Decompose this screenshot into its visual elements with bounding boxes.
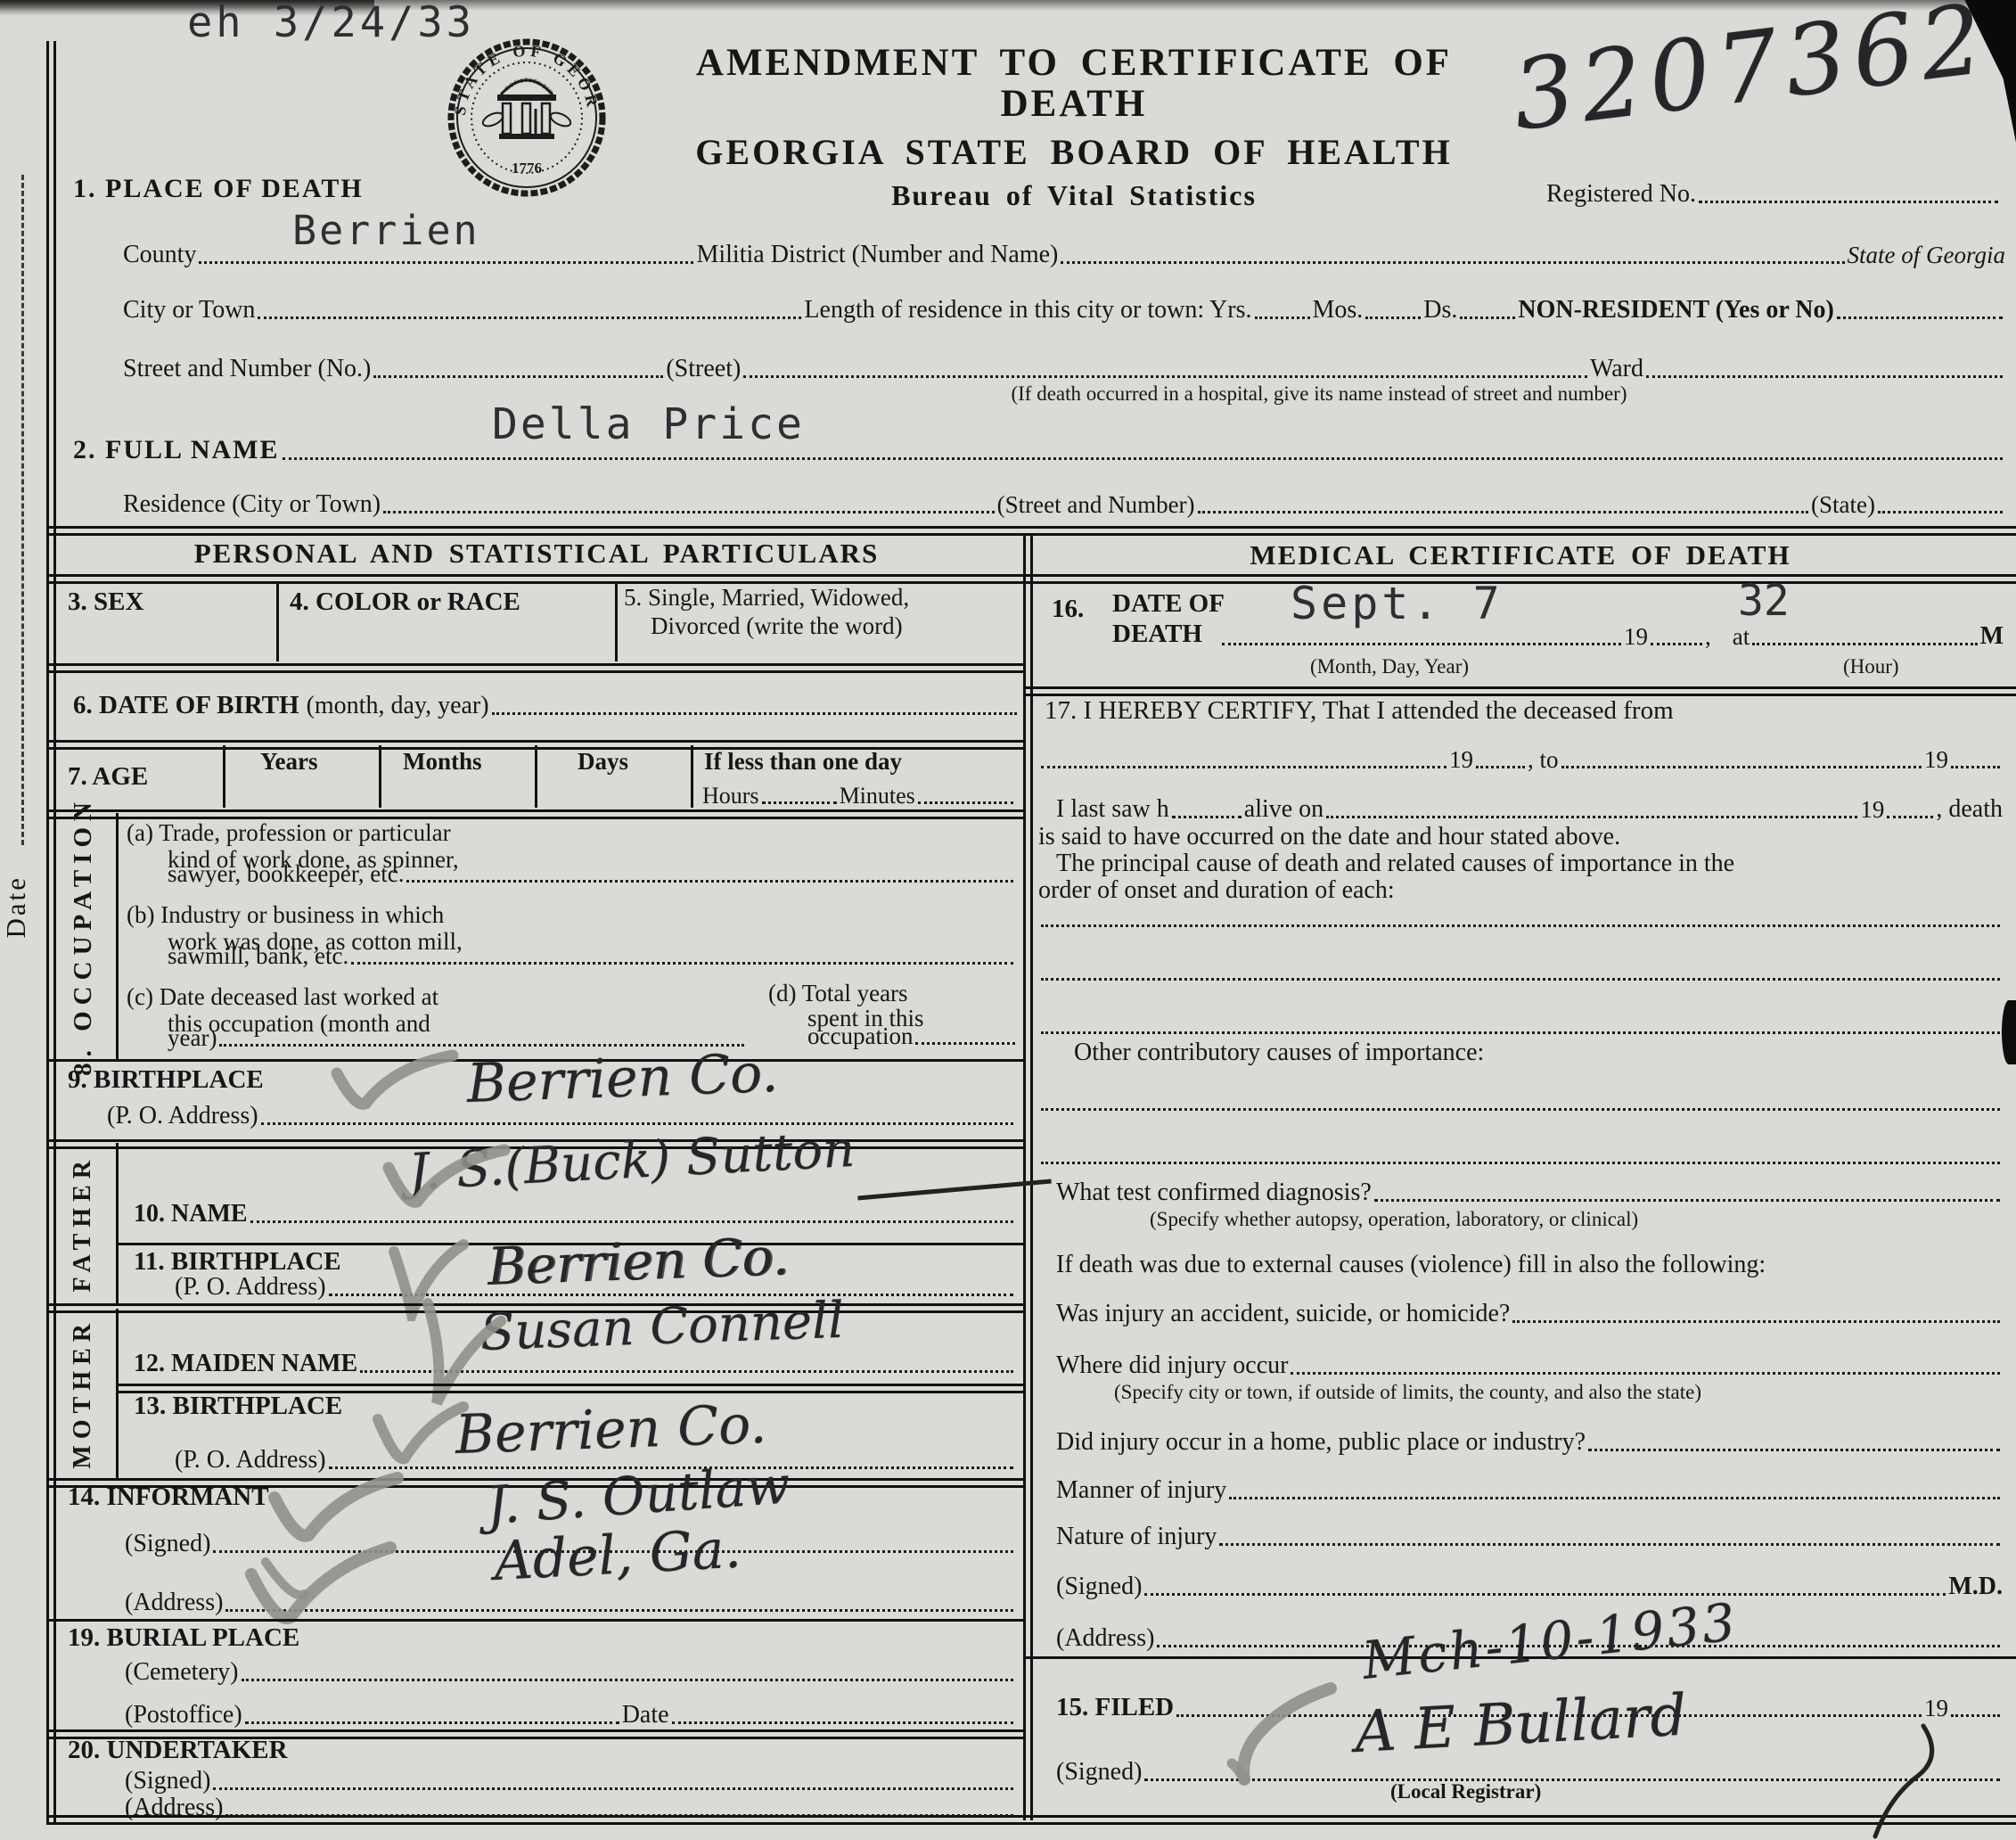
filed-label: 15. FILED — [1056, 1695, 1174, 1721]
date-of-death-row: 19 , at M — [1219, 619, 2004, 649]
rule-under-age — [46, 809, 1025, 819]
ds-label: Ds. — [1423, 298, 1457, 323]
hours-minutes-row: Hours Minutes — [702, 781, 1016, 808]
dotted-line — [283, 454, 2003, 460]
principal-cause-line-2: order of onset and duration of each: — [1038, 877, 1395, 904]
po-address-label: (P. O. Address) — [107, 1104, 258, 1129]
document-header: AMENDMENT TO CERTIFICATE OF DEATH GEORGI… — [624, 43, 1524, 211]
occ-d-line1: (d) Total years — [768, 981, 908, 1006]
less-than-day-label: If less than one day — [704, 749, 902, 775]
column-divider — [1023, 533, 1033, 1820]
dotted-line — [1041, 1028, 2000, 1034]
nonresident-label: NON-RESIDENT (Yes or No) — [1518, 298, 1833, 323]
georgia-state-seal-icon: STATE OF GEORGIA CONSTITUTION 1776 — [447, 37, 607, 198]
accident-label: Was injury an accident, suicide, or homi… — [1056, 1302, 1510, 1327]
dotted-line — [1326, 812, 1857, 818]
manner-injury-row: Manner of injury — [1056, 1473, 2003, 1503]
occ-a-line3-row: sawyer, bookkeeper, etc. — [168, 858, 1016, 886]
date-of-label: DATE OF — [1112, 590, 1225, 618]
street-and-number-label: (Street and Number) — [997, 493, 1195, 517]
test-note: (Specify whether autopsy, operation, lab… — [1150, 1209, 1952, 1231]
address-label: (Address) — [125, 1590, 223, 1615]
date-of-death-num: 16. — [1052, 596, 1084, 623]
mother-strip-label: MOTHER — [69, 1318, 97, 1469]
occurred-line: is said to have occurred on the date and… — [1038, 824, 1620, 850]
dotted-line — [1172, 812, 1242, 818]
dotted-line — [762, 798, 837, 804]
home-injury-label: Did injury occur in a home, public place… — [1056, 1430, 1586, 1455]
dotted-line — [383, 507, 994, 513]
occ-a-line3: sawyer, bookkeeper, etc. — [168, 862, 404, 886]
father-name-row: 10. NAME — [134, 1196, 1016, 1227]
father-strip: FATHER — [50, 1143, 116, 1303]
age-years-header: Years — [260, 749, 317, 775]
mos-label: Mos. — [1313, 298, 1364, 323]
scan-artifact-right — [2002, 1000, 2016, 1064]
dotted-line — [1365, 313, 1421, 319]
hospital-note: (If death occurred in a hospital, give i… — [740, 383, 1898, 406]
occ-b-line3-row: sawmill, bank, etc. — [168, 940, 1016, 968]
street-row: Street and Number (No.) (Street) Ward — [123, 351, 2005, 382]
mother-strip: MOTHER — [50, 1309, 116, 1478]
color-race-label: 4. COLOR or RACE — [290, 588, 520, 616]
informant-label: 14. INFORMANT — [68, 1483, 269, 1511]
cell-divider — [535, 745, 537, 808]
clerk-date-annotation: eh 3/24/33 — [187, 2, 475, 44]
where-injury-label: Where did injury occur — [1056, 1353, 1288, 1378]
dotted-line — [1291, 1368, 2000, 1375]
rule-under-right-header — [1025, 574, 2016, 584]
occ-d-line3: occupation — [807, 1024, 913, 1048]
residence-label: Residence (City or Town) — [123, 492, 381, 517]
county-label: County — [123, 242, 196, 267]
dotted-line — [1041, 762, 1446, 768]
dotted-line — [1646, 372, 2003, 378]
left-edge-date-strip: Date — [0, 849, 43, 965]
dotted-line — [1476, 762, 1525, 768]
occ-b-line3: sawmill, bank, etc. — [168, 944, 348, 968]
dotted-line — [351, 958, 1013, 965]
residence-row: Residence (City or Town) (Street and Num… — [123, 487, 2005, 517]
dotted-line — [1144, 1589, 1946, 1596]
occ-c-line3: year) — [168, 1026, 217, 1050]
state-label: (State) — [1811, 493, 1875, 517]
page-title: AMENDMENT TO CERTIFICATE OF DEATH — [624, 43, 1524, 126]
dotted-line — [1061, 258, 1844, 264]
place-of-death-label: 1. PLACE OF DEATH — [73, 175, 364, 203]
dotted-line — [1561, 762, 1922, 768]
mother-maiden-label: 12. MAIDEN NAME — [134, 1351, 357, 1376]
father-name-label: 10. NAME — [134, 1202, 248, 1227]
dotted-line — [1878, 507, 2003, 513]
dotted-line — [213, 1784, 1013, 1790]
dotted-line — [1041, 974, 2000, 981]
cell-divider — [691, 745, 693, 808]
dotted-line — [1198, 507, 1808, 513]
dotted-line — [245, 1718, 619, 1724]
rule-under-date-of-death — [1025, 686, 2016, 696]
address-label: (Address) — [125, 1795, 223, 1820]
nineteen-label: 19 — [1449, 748, 1473, 772]
registered-number-handwritten: 3207362 — [1508, 0, 1995, 145]
state-of-georgia-label: State of Georgia — [1848, 243, 2005, 267]
dotted-line — [1041, 1158, 2000, 1164]
postoffice-label: (Postoffice) — [125, 1703, 242, 1728]
street-number-label: Street and Number (No.) — [123, 357, 371, 382]
street-paren-label: (Street) — [666, 357, 741, 382]
dotted-line — [225, 1811, 1013, 1817]
last-saw-row: I last saw h alive on 19 , death — [1056, 793, 2003, 822]
rule-under-informant — [46, 1619, 1025, 1622]
burial-place-label: 19. BURIAL PLACE — [68, 1624, 299, 1652]
dotted-line — [250, 1217, 1013, 1223]
undertaker-label: 20. UNDERTAKER — [68, 1737, 288, 1764]
svg-text:STATE OF GEORGIA: STATE OF GEORGIA — [447, 37, 602, 117]
home-injury-row: Did injury occur in a home, public place… — [1056, 1425, 2003, 1455]
postoffice-row: (Postoffice) Date — [125, 1697, 1016, 1728]
manner-injury-label: Manner of injury — [1056, 1478, 1226, 1503]
cell-divider — [276, 583, 279, 661]
md-label: M.D. — [1948, 1574, 2003, 1599]
svg-text:1776: 1776 — [512, 160, 542, 177]
dotted-line — [1219, 1540, 2000, 1546]
father-strip-label: FATHER — [69, 1154, 97, 1293]
last-saw-label-2: alive on — [1244, 797, 1324, 822]
dotted-line — [373, 372, 663, 378]
city-row: City or Town Length of residence in this… — [123, 292, 2005, 323]
address-label: (Address) — [1056, 1626, 1154, 1651]
undertaker-signed-row: (Signed) — [125, 1765, 1016, 1794]
attended-from-row: 19 , to 19 — [1038, 742, 2003, 772]
dob-label: 6. DATE OF BIRTH — [73, 693, 299, 719]
full-name-row: 2. FULL NAME — [73, 431, 2005, 464]
pencil-check-icon — [239, 1535, 399, 1638]
marital-label-1: 5. Single, Married, Widowed, — [624, 585, 909, 611]
personal-particulars-header: PERSONAL AND STATISTICAL PARTICULARS — [48, 538, 1025, 568]
month-day-year-note: (Month, Day, Year) — [1310, 656, 1469, 678]
residence-length-label: Length of residence in this city or town… — [804, 298, 1251, 323]
m-hour-label: M — [1980, 624, 2004, 649]
dotted-line — [915, 1039, 1015, 1045]
other-causes-label: Other contributory causes of importance: — [1074, 1039, 1484, 1066]
md-signed-row: (Signed) M.D. — [1056, 1569, 2003, 1599]
occupation-strip-label: 8. OCCUPATION — [69, 796, 98, 1076]
city-or-town-label: City or Town — [123, 298, 255, 323]
cell-divider — [223, 745, 225, 808]
dotted-line — [1460, 313, 1515, 319]
occ-a-line1: (a) Trade, profession or particular — [127, 820, 451, 846]
dotted-line — [199, 258, 693, 264]
dotted-line — [1255, 313, 1310, 319]
death-certificate-document: eh 3/24/33 STATE OF GEORGIA CONSTITUTION… — [0, 0, 2016, 1840]
dotted-line — [1374, 1195, 2000, 1202]
dotted-line — [1229, 1493, 2000, 1499]
rule-under-sex-row — [46, 663, 1025, 673]
mother-strip-divider — [116, 1309, 119, 1478]
registrar-signature-handwritten: A E Bullard — [1354, 1688, 1688, 1762]
dotted-line — [242, 1675, 1014, 1681]
hours-label: Hours — [702, 784, 759, 808]
death-suffix: , death — [1936, 797, 2003, 822]
minutes-label: Minutes — [840, 784, 915, 808]
occ-b-line1: (b) Industry or business in which — [127, 902, 444, 928]
pencil-check-icon — [1219, 1681, 1340, 1788]
mother-maiden-row: 12. MAIDEN NAME — [134, 1346, 1016, 1376]
nature-injury-row: Nature of injury — [1056, 1519, 2003, 1549]
side-date-label: Date — [0, 875, 32, 939]
cause-blank-line — [1038, 1150, 2003, 1168]
last-saw-label-1: I last saw h — [1056, 797, 1169, 822]
dotted-line — [672, 1718, 1013, 1724]
pencil-check-icon — [378, 1141, 512, 1221]
signed-label: (Signed) — [125, 1769, 210, 1794]
where-injury-row: Where did injury occur — [1056, 1348, 2003, 1378]
dotted-line — [1951, 762, 2000, 768]
at-label: at — [1733, 625, 1750, 649]
dotted-line — [1752, 639, 1977, 645]
occ-d-line3-row: occupation — [807, 1020, 1018, 1048]
burial-date-label: Date — [622, 1703, 669, 1728]
age-label: 7. AGE — [68, 763, 148, 791]
occupation-strip-divider — [116, 813, 119, 1059]
bureau-line: Bureau of Vital Statistics — [624, 180, 1524, 211]
to-label: , to — [1528, 748, 1559, 772]
dotted-line — [1837, 313, 2003, 319]
county-row: County Militia District (Number and Name… — [123, 237, 2005, 267]
nature-injury-label: Nature of injury — [1056, 1524, 1217, 1549]
test-row: What test confirmed diagnosis? — [1056, 1175, 2003, 1205]
birthplace-po-row: (P. O. Address) — [107, 1098, 1016, 1129]
ward-label: Ward — [1590, 357, 1643, 382]
dotted-line — [1699, 197, 1998, 203]
po-address-label: (P. O. Address) — [175, 1275, 326, 1300]
dotted-line — [492, 709, 1017, 715]
mother-birthplace-label: 13. BIRTHPLACE — [134, 1392, 342, 1420]
certify-line: 17. I HEREBY CERTIFY, That I attended th… — [1045, 697, 1674, 725]
dotted-line — [1041, 1105, 2000, 1111]
birthplace-label: 9. BIRTHPLACE — [68, 1066, 264, 1094]
dotted-line — [1588, 1445, 2000, 1451]
cause-blank-line — [1038, 1020, 2003, 1038]
age-days-header: Days — [578, 749, 628, 775]
pencil-check-icon — [328, 1048, 462, 1123]
nineteen-label: 19 — [1924, 748, 1948, 772]
dotted-line — [1951, 1711, 2000, 1717]
dotted-line — [1041, 921, 2000, 927]
cemetery-row: (Cemetery) — [125, 1655, 1016, 1685]
accident-row: Was injury an accident, suicide, or homi… — [1056, 1296, 2003, 1327]
occ-c-line1: (c) Date deceased last worked at — [127, 984, 438, 1010]
nineteen-label: 19 — [1860, 798, 1884, 822]
dotted-line — [258, 313, 801, 319]
dotted-line — [918, 798, 1013, 804]
external-causes-line: If death was due to external causes (vio… — [1056, 1252, 1766, 1278]
cause-blank-line — [1038, 913, 2003, 931]
marital-label-2: Divorced (write the word) — [651, 613, 903, 639]
dotted-line — [1222, 639, 1621, 645]
occupation-strip: 8. OCCUPATION — [50, 813, 116, 1059]
signed-label: (Signed) — [1056, 1574, 1142, 1599]
dotted-line — [1887, 812, 1933, 818]
cause-blank-line — [1038, 1097, 2003, 1114]
sex-label: 3. SEX — [68, 588, 143, 616]
where-injury-note: (Specify city or town, if outside of lim… — [1114, 1382, 2005, 1404]
test-label: What test confirmed diagnosis? — [1056, 1180, 1372, 1205]
registered-no-row: Registered No. — [1546, 177, 2001, 207]
father-po-row: (P. O. Address) — [175, 1269, 1016, 1300]
principal-cause-line-1: The principal cause of death and related… — [1056, 850, 1734, 877]
full-name-label: 2. FULL NAME — [73, 437, 280, 464]
dotted-line — [1512, 1317, 2000, 1323]
dob-row: 6. DATE OF BIRTH (month, day, year) — [73, 688, 1020, 719]
page-subtitle: GEORGIA STATE BOARD OF HEALTH — [624, 133, 1524, 171]
dotted-line — [743, 372, 1587, 378]
cell-divider — [379, 745, 381, 808]
nineteen-label: 19 — [1924, 1696, 1948, 1721]
militia-district-label: Militia District (Number and Name) — [696, 242, 1058, 267]
filed-date-handwritten: Mch-10-1933 — [1360, 1596, 1741, 1687]
dotted-line — [406, 876, 1013, 883]
signed-label: (Signed) — [1056, 1760, 1142, 1785]
dob-label-note: (month, day, year) — [307, 694, 489, 719]
father-strip-divider — [116, 1143, 119, 1303]
left-edge-dashed-line — [21, 175, 24, 845]
local-registrar-note: (Local Registrar) — [1390, 1781, 1836, 1803]
comma: , — [1705, 625, 1711, 649]
death-year-value: 32 — [1738, 579, 1790, 622]
dotted-line — [1651, 639, 1702, 645]
age-months-header: Months — [403, 749, 482, 775]
rule-under-left-header — [46, 574, 1025, 584]
nineteen-label: 19 — [1624, 625, 1648, 649]
signed-label: (Signed) — [125, 1532, 210, 1557]
informant-address-handwritten: Adel, Ga. — [493, 1523, 742, 1589]
registered-no-label: Registered No. — [1546, 182, 1696, 207]
cause-blank-line — [1038, 966, 2003, 984]
cemetery-label: (Cemetery) — [125, 1660, 239, 1685]
undertaker-address-row: (Address) — [125, 1792, 1016, 1820]
medical-certificate-header: MEDICAL CERTIFICATE OF DEATH — [1027, 540, 2014, 570]
cell-divider — [615, 583, 618, 661]
death-label: DEATH — [1112, 620, 1202, 648]
hour-note: (Hour) — [1843, 656, 1899, 678]
